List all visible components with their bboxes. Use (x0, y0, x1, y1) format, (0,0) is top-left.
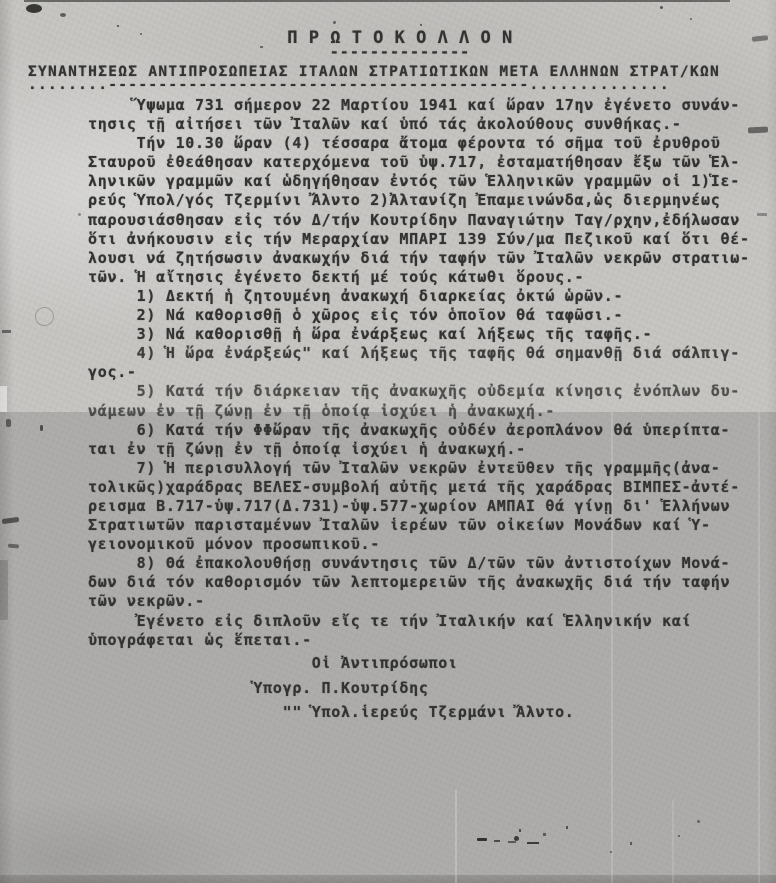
speck (660, 6, 663, 9)
fold-line (455, 790, 457, 883)
document-page: Π Ρ Ω Τ Ο Κ Ο Λ Λ Ο Ν -------------- ΣΥΝ… (0, 0, 776, 883)
pencil-mark (697, 820, 700, 823)
text-line: δων διά τόν καθορισμόν τῶν λεπτομερειῶν … (88, 573, 750, 592)
margin-mark (748, 126, 768, 133)
ring-stain (35, 307, 54, 326)
text-line: Στρατιωτῶν παρισταμένων Ἰταλῶν ἱερέων τῶ… (88, 516, 750, 535)
margin-mark (6, 419, 11, 427)
edge-smudge (0, 560, 8, 620)
text-line: 6) Κατά τήν ΦΦὥραν τῆς ἀνακωχῆς οὐδέν ἀε… (88, 421, 750, 440)
signature-block: Οἱ Ἀντιπρόσωποι Ὑπογρ. Π.Κουτρίδης "" Ὑπ… (88, 651, 575, 725)
margin-mark (757, 213, 767, 216)
text-line: τῶν νεκρῶν.- (88, 592, 750, 611)
text-line: ὑπογράφεται ὡς ἕπεται.- (88, 631, 750, 650)
text-line: τολικῶς)χαράδρας ΒΕΛΕΣ-συμβολή αὐτῆς μετ… (88, 478, 750, 497)
margin-mark (2, 330, 11, 333)
pencil-mark (519, 829, 521, 832)
text-line: 3) Νά καθορισθῇ ἡ ὥρα ἐνάρξεως καί λήξεω… (88, 325, 750, 344)
text-line: 4) Ἡ ὥρα ἐνάρξεώς" καί λήξεως τῆς ταφῆς … (88, 344, 750, 363)
text-line: 1) Δεκτή ἡ ζητουμένη ἀνακωχή διαρκείας ὀ… (88, 287, 750, 306)
text-line: Οἱ Ἀντιπρόσωποι (88, 651, 575, 676)
pencil-mark (477, 838, 487, 841)
text-line: ληνικῶν γραμμῶν καί ὡδηγήθησαν ἐντός τῶν… (88, 172, 750, 191)
text-line: ται ἐν τῇ ζώνῃ ἐν τῇ ὁποίᾳ ἰσχύει ἡ ἀνακ… (88, 440, 750, 459)
text-line: Ὕψωμα 731 σήμερον 22 Μαρτίου 1941 καί ὥρ… (88, 96, 750, 115)
subtitle-underline: ........--------------------------------… (28, 77, 670, 93)
margin-mark (8, 544, 19, 549)
text-line: γειονομικοῦ μόνον προσωπικοῦ.- (88, 535, 750, 554)
text-line: Ἐγένετο εἰς διπλοῦν εἴς τε τήν Ἰταλικήν … (88, 612, 750, 631)
text-line: νάμεων ἐν τῇ ζώνῃ ἐν τῇ ὁποίᾳ ἰσχύει ἡ ἀ… (88, 402, 750, 421)
text-line: "" Ὑπολ.ἱερεύς Τζερμάνι Ἄλντο. (88, 700, 575, 725)
pencil-mark (678, 835, 680, 837)
margin-mark (2, 517, 20, 524)
text-line: Σταυροῦ ἐθεάθησαν κατερχόμενα τοῦ ὑψ.717… (88, 153, 750, 172)
text-line: γος.- (88, 363, 750, 382)
stain-mark (26, 4, 42, 13)
speck (690, 18, 692, 20)
text-line: 8) Θά ἐπακολουθήσῃ συνάντησις τῶν Δ/τῶν … (88, 554, 750, 573)
scan-edge-shadow (24, 0, 730, 2)
scan-shade-bottom (0, 875, 776, 883)
speck (333, 21, 336, 24)
text-line: 2) Νά καθορισθῇ ὁ χῶρος εἰς τόν ὁποῖον θ… (88, 306, 750, 325)
text-line: ρεισμα Β.717-ὑψ.717(Δ.731)-ὑψ.577-χωρίον… (88, 497, 750, 516)
text-line: ρεύς Ὑπολ/γός Τζερμίνι Ἄλντο 2)Ἀλτανίζη … (88, 191, 750, 210)
pencil-mark (543, 833, 546, 836)
pencil-mark (527, 842, 539, 844)
fold-line (758, 412, 760, 883)
pencil-mark (566, 826, 568, 829)
text-line: τησις τῇ αἰτήσει τῶν Ἰταλῶν καί ὑπό τάς … (88, 115, 750, 134)
text-line: παρουσιάσθησαν εἰς τόν Δ/τήν Κουτρίδην Π… (88, 211, 750, 230)
speck (420, 24, 422, 26)
pencil-mark (630, 842, 632, 845)
text-line: Τήν 10.30 ὥραν (4) τέσσαρα ἄτομα φέροντα… (88, 134, 750, 153)
speck (40, 425, 43, 431)
fold-line (672, 800, 674, 883)
stain-mark (60, 13, 66, 17)
text-line: ὅτι ἀνήκουσιν εἰς τήν Μεραρχίαν ΜΠΑΡΙ 13… (88, 230, 750, 249)
scan-sliver (0, 386, 7, 412)
text-line: τῶν. Ἡ αἴτησις ἐγένετο δεκτή μέ τούς κάτ… (88, 268, 750, 287)
pencil-mark (514, 836, 519, 841)
speck (117, 25, 119, 27)
text-line: 5) Κατά τήν διάρκειαν τῆς ἀνακωχῆς οὐδεμ… (88, 382, 750, 401)
pencil-mark (610, 851, 612, 853)
pencil-mark (494, 840, 500, 842)
speck (78, 213, 81, 216)
text-line: 7) Ἡ περισυλλογή τῶν Ἰταλῶν νεκρῶν ἐντεῦ… (88, 459, 750, 478)
title-underline: -------------- (12, 43, 776, 61)
document-body: Ὕψωμα 731 σήμερον 22 Μαρτίου 1941 καί ὥρ… (88, 96, 750, 650)
pencil-mark (508, 841, 516, 843)
text-line: Ὑπογρ. Π.Κουτρίδης (88, 676, 575, 701)
text-line: λουσι νά ζητήσωσιν ἀνακωχήν διά τήν ταφή… (88, 249, 750, 268)
